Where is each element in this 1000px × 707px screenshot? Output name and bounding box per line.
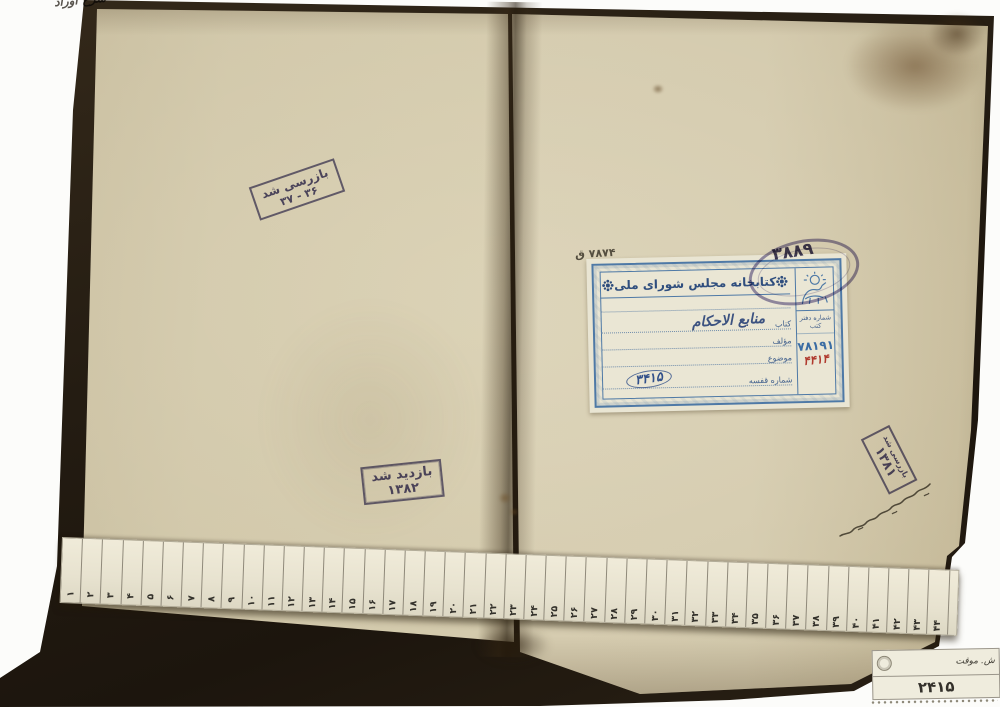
ruler-number: ۲۴ — [528, 602, 540, 620]
bookplate-field-row: شماره قفسه۳۴۱۵ — [602, 363, 793, 389]
ruler-cell: ۲۳ — [503, 554, 526, 619]
ruler-cell: ۲۴ — [523, 555, 546, 620]
ruler-number: ۸ — [206, 590, 218, 608]
ruler-cell: ۱۴ — [322, 548, 345, 613]
bookplate-field-value: ۳۴۱۵ — [625, 367, 673, 390]
ruler-number: ۲۱ — [468, 599, 480, 617]
ruler-number: ۱۹ — [428, 598, 440, 616]
ruler-number: ۷ — [186, 589, 198, 607]
ruler-number: ۴۴ — [931, 616, 943, 634]
ruler-cell: ۱۵ — [342, 548, 365, 613]
ruler-number: ۱۴ — [327, 594, 339, 612]
ruler-number: ۲۸ — [609, 605, 621, 623]
ruler-cell: ۴۴ — [926, 570, 949, 635]
ruler-cell: ۱۳ — [302, 547, 325, 612]
ruler-cell: ۳ — [100, 539, 123, 604]
ruler-cell: ۳۳ — [705, 562, 728, 627]
ruler-cell: ۱۲ — [281, 546, 304, 611]
ruler-cell: ۳۸ — [805, 565, 828, 630]
bookplate-fields: کتابمنابع الاحکاممؤلفموضوعشماره قفسه۳۴۱۵ — [600, 294, 792, 389]
register-caption: شماره دفتر کتب — [797, 310, 834, 334]
ruler-cell: ۱۸ — [402, 551, 425, 616]
corner-shelf-label: ش. موقت ۲۴۱۵ — [872, 648, 1000, 700]
small-seal-icon — [877, 656, 892, 671]
ruler-cell: ۱۹ — [422, 551, 445, 616]
ruler-number: ۴۳ — [911, 616, 923, 634]
bookplate-field-value: منابع الاحکام — [691, 311, 765, 331]
ruler-cell: ۳۷ — [785, 565, 808, 630]
bookplate-field-label: موضوع — [762, 353, 792, 363]
ruler-number: ۱۰ — [246, 591, 258, 609]
ruler-number: ۱۱ — [266, 592, 278, 610]
ruler-number: ۴ — [125, 587, 137, 605]
ruler-cell: ۲۰ — [443, 552, 466, 617]
ruler-cell: ۴ — [120, 540, 143, 605]
ruler-number: ۲ — [85, 585, 97, 603]
bookplate-field-label: مؤلف — [766, 336, 791, 346]
ruler-cell: ۲ — [80, 539, 103, 604]
ruler-cell: ۴۰ — [846, 567, 869, 632]
ruler-cell: ۴۱ — [866, 568, 889, 633]
ruler-number: ۴۱ — [871, 614, 883, 632]
corner-label-top-row: ش. موقت — [873, 649, 999, 677]
ruler-cell: ۲۵ — [543, 556, 566, 621]
ruler-cell: ۱۱ — [261, 545, 284, 610]
ruler-number: ۳۵ — [750, 610, 762, 628]
ruler-cell: ۲۱ — [463, 553, 486, 618]
ruler-cell: ۴۲ — [886, 568, 909, 633]
ruler-cell: ۲۷ — [584, 557, 607, 622]
ruler-cell: ۱۷ — [382, 550, 405, 615]
ruler-number: ۱ — [65, 585, 77, 603]
ruler-cell: ۹ — [221, 544, 244, 609]
ruler-cell — [947, 571, 959, 635]
ruler-number: ۳۳ — [710, 608, 722, 626]
ruler-number: ۱۶ — [367, 596, 379, 614]
ruler-number: ۲۲ — [488, 600, 500, 618]
ruler-number: ۴۲ — [891, 615, 903, 633]
ruler-cell: ۷ — [181, 542, 204, 607]
ruler-cell: ۳۴ — [725, 562, 748, 627]
ruler-number: ۳۷ — [790, 611, 802, 629]
ruler-cell: ۲۹ — [624, 559, 647, 624]
ruler-number: ۲۰ — [448, 599, 460, 617]
ruler-cell: ۱ — [61, 538, 83, 603]
ruler-number: ۲۵ — [548, 602, 560, 620]
ruler-cell: ۲۲ — [483, 554, 506, 619]
ruler-number: ۳۸ — [811, 612, 823, 630]
ruler-cell: ۵ — [140, 541, 163, 606]
ruler-number: ۳۹ — [831, 613, 843, 631]
ruler-number: ۲۷ — [589, 604, 601, 622]
rosette-icon — [602, 279, 614, 291]
ruler-cell: ۱۰ — [241, 545, 264, 610]
ruler-number: ۳۶ — [770, 611, 782, 629]
ruler-number: ۹ — [226, 591, 238, 609]
ruler-number: ۳۲ — [690, 608, 702, 626]
bookplate-field-label: شماره قفسه — [743, 375, 793, 385]
ruler-number: ۳ — [105, 586, 117, 604]
bookplate-field-label: کتاب — [769, 319, 791, 329]
ruler-cell: ۴۳ — [906, 569, 929, 634]
ruler-number: ۳۱ — [669, 607, 681, 625]
ruler-number: ۵ — [145, 588, 157, 606]
ruler-number: ۴۰ — [851, 613, 863, 631]
ruler-cell: ۲۶ — [564, 556, 587, 621]
ruler-number: ۶ — [165, 588, 177, 606]
label-perforation — [870, 698, 998, 705]
pencil-accession-number: ۷۸۷۴ ق — [575, 246, 616, 261]
ruler-number: ۱۵ — [347, 595, 359, 613]
ruler-number: ۳۴ — [730, 609, 742, 627]
ruler-cell: ۳۰ — [644, 559, 667, 624]
ruler-number: ۲۹ — [629, 605, 641, 623]
ruler-number: ۱۷ — [387, 596, 399, 614]
ruler-number: ۲۳ — [508, 601, 520, 619]
red-accession-number: ۴۴۱۴ — [797, 351, 835, 369]
ruler-cell: ۳۹ — [826, 566, 849, 631]
book-scan: شرح اوراد بازرسی شد ۳۶ - ۳۷ بازدید شد ۱۳… — [0, 0, 1000, 707]
ruler-cell: ۳۵ — [745, 563, 768, 628]
corner-label-number: ۲۴۱۵ — [873, 673, 1000, 700]
ruler-cell: ۳۲ — [685, 561, 708, 626]
ruler-number: ۱۲ — [286, 593, 298, 611]
ruler-cell: ۱۶ — [362, 549, 385, 614]
ruler-number: ۱۳ — [307, 594, 319, 612]
ruler-number: ۱۸ — [407, 597, 419, 615]
ruler-cell: ۶ — [160, 542, 183, 607]
ruler-cell: ۳۶ — [765, 564, 788, 629]
ruler-number: ۳۰ — [649, 606, 661, 624]
handwritten-inscription — [836, 478, 948, 542]
ruler-number: ۲۶ — [569, 603, 581, 621]
ruler-cell: ۸ — [201, 543, 224, 608]
ruler-cell: ۲۸ — [604, 558, 627, 623]
corner-label-note: ش. موقت — [955, 656, 994, 667]
ruler-cell: ۳۱ — [664, 560, 687, 625]
